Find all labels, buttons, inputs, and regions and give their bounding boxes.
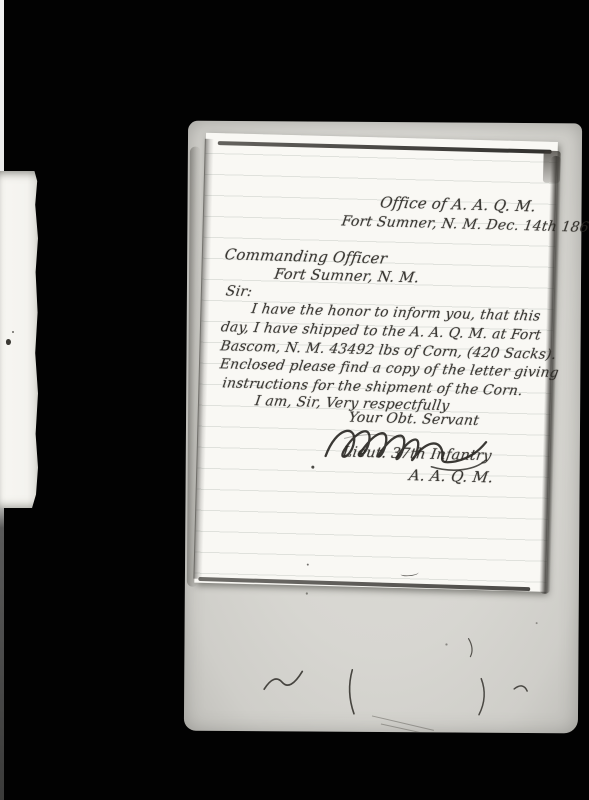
letter-recipient-post: Fort Sumner, N. M.: [273, 267, 420, 287]
ink-speck: [12, 331, 14, 333]
ink-speck: [6, 339, 11, 345]
adjacent-page-strip: [0, 171, 40, 508]
ink-speck: [311, 466, 314, 469]
ink-speck: [307, 564, 309, 566]
letter-recipient: Commanding Officer: [224, 245, 389, 267]
letter-salutation: Sir:: [225, 283, 254, 300]
letter-signature-office: A. A. Q. M.: [408, 466, 495, 486]
photo-scan-background: Office of A. A. Q. M. Fort Sumner, N. M.…: [0, 0, 589, 800]
stray-pen-mark: [400, 570, 418, 577]
signature-flourish: [313, 416, 492, 475]
letter-sheet: Office of A. A. Q. M. Fort Sumner, N. M.…: [194, 133, 558, 592]
album-backing-sheet: Office of A. A. Q. M. Fort Sumner, N. M.…: [184, 121, 582, 734]
letter-heading-office: Office of A. A. Q. M.: [379, 193, 537, 215]
letter-top-edge-shadow: [218, 141, 552, 154]
